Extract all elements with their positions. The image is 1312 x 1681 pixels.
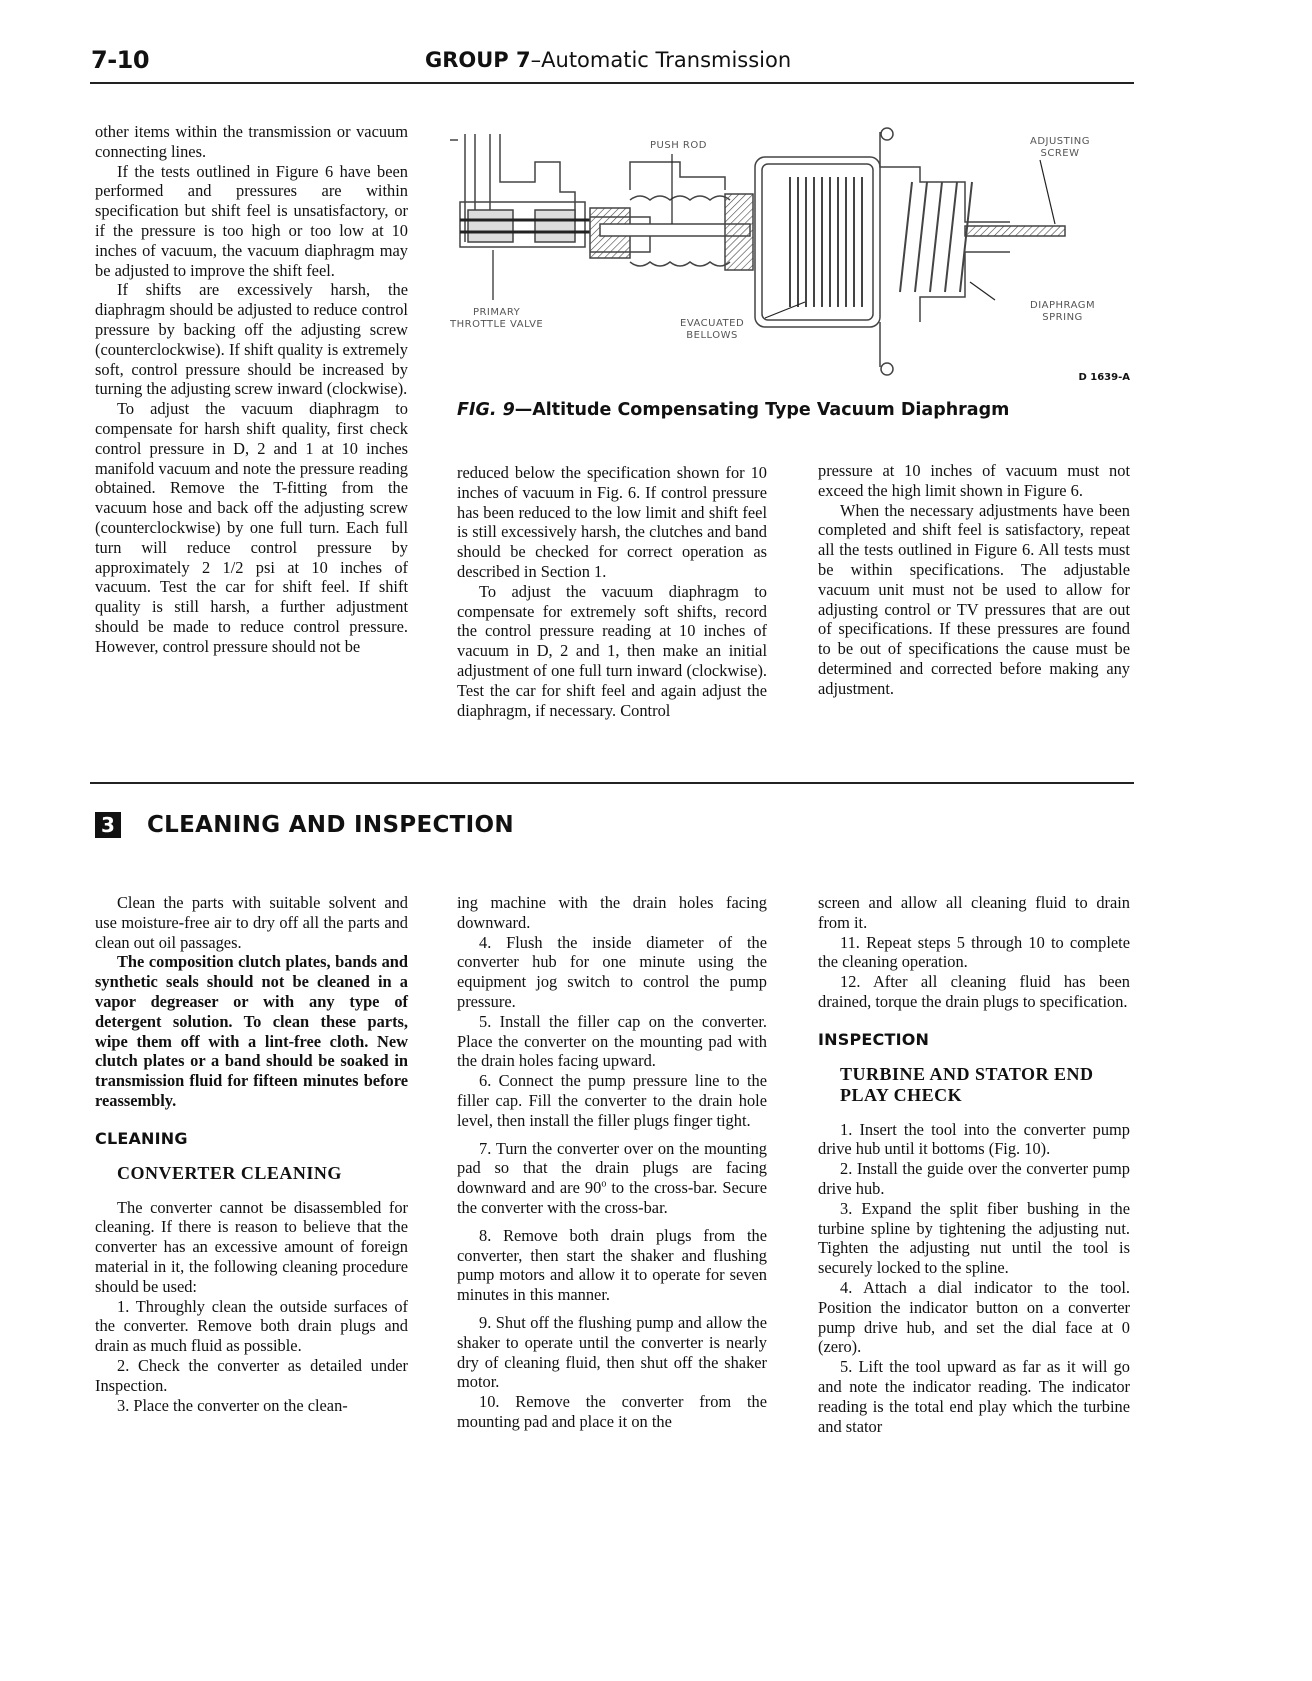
vacuum-diaphragm-illustration <box>450 122 1130 390</box>
subheading-converter-cleaning: CONVERTER CLEANING <box>117 1163 408 1184</box>
group-subject: –Automatic Transmission <box>531 48 792 72</box>
paragraph: pressure at 10 inches of vacuum must not… <box>818 461 1130 501</box>
running-head: GROUP 7–Automatic Transmission <box>425 48 791 72</box>
step: 7. Turn the converter over on the mounti… <box>457 1139 767 1218</box>
section-title: CLEANING AND INSPECTION <box>147 812 514 838</box>
step: 12. After all cleaning fluid has been dr… <box>818 972 1130 1012</box>
step: 1. Insert the tool into the converter pu… <box>818 1120 1130 1160</box>
paragraph: To adjust the vacuum diaphragm to compen… <box>95 399 408 656</box>
upper-column-3: pressure at 10 inches of vacuum must not… <box>818 461 1130 699</box>
step: 9. Shut off the flushing pump and allow … <box>457 1313 767 1392</box>
page-number: 7-10 <box>91 46 149 74</box>
label-primary-throttle-valve: PRIMARYTHROTTLE VALVE <box>450 307 543 331</box>
step: 2. Check the converter as detailed under… <box>95 1356 408 1396</box>
paragraph: ing machine with the drain holes facing … <box>457 893 767 933</box>
paragraph: other items within the transmission or v… <box>95 122 408 162</box>
step: 6. Connect the pump pressure line to the… <box>457 1071 767 1130</box>
paragraph: The converter cannot be disassembled for… <box>95 1198 408 1297</box>
figure-code: D 1639-A <box>1078 372 1130 383</box>
step: 4. Attach a dial indicator to the tool. … <box>818 1278 1130 1357</box>
paragraph: screen and allow all cleaning fluid to d… <box>818 893 1130 933</box>
group-label: GROUP 7 <box>425 48 531 72</box>
step: 3. Place the converter on the clean- <box>95 1396 408 1416</box>
step: 3. Expand the split fiber bushing in the… <box>818 1199 1130 1278</box>
figure-caption: FIG. 9—Altitude Compensating Type Vacuum… <box>457 400 1009 420</box>
lower-column-3: screen and allow all cleaning fluid to d… <box>818 893 1130 1436</box>
label-diaphragm-spring: DIAPHRAGMSPRING <box>1030 300 1095 324</box>
paragraph: When the necessary adjustments have been… <box>818 501 1130 699</box>
label-evacuated-bellows: EVACUATEDBELLOWS <box>680 318 744 342</box>
upper-column-1: other items within the transmission or v… <box>95 122 408 657</box>
header-divider <box>90 82 1134 84</box>
upper-column-2: reduced below the specification shown fo… <box>457 463 767 720</box>
step: 5. Install the filler cap on the convert… <box>457 1012 767 1071</box>
lower-column-1: Clean the parts with suitable solvent an… <box>95 893 408 1415</box>
paragraph: reduced below the specification shown fo… <box>457 463 767 582</box>
section-divider <box>90 782 1134 784</box>
paragraph: If the tests outlined in Figure 6 have b… <box>95 162 408 281</box>
subheading-inspection: INSPECTION <box>818 1030 1130 1050</box>
lower-column-2: ing machine with the drain holes facing … <box>457 893 767 1432</box>
step: 10. Remove the converter from the mounti… <box>457 1392 767 1432</box>
warning-paragraph: The composition clutch plates, bands and… <box>95 952 408 1110</box>
paragraph: If shifts are excessively harsh, the dia… <box>95 280 408 399</box>
step: 4. Flush the inside diameter of the conv… <box>457 933 767 1012</box>
subheading-turbine-stator: TURBINE AND STATOR END PLAY CHECK <box>840 1064 1130 1106</box>
step: 11. Repeat steps 5 through 10 to complet… <box>818 933 1130 973</box>
paragraph: Clean the parts with suitable solvent an… <box>95 893 408 952</box>
step: 5. Lift the tool upward as far as it wil… <box>818 1357 1130 1436</box>
label-push-rod: PUSH ROD <box>650 140 707 152</box>
step: 8. Remove both drain plugs from the conv… <box>457 1226 767 1305</box>
step: 1. Throughly clean the outside surfaces … <box>95 1297 408 1356</box>
section-heading: 3 CLEANING AND INSPECTION <box>95 812 514 838</box>
paragraph: To adjust the vacuum diaphragm to compen… <box>457 582 767 721</box>
step: 2. Install the guide over the converter … <box>818 1159 1130 1199</box>
section-number-badge: 3 <box>95 812 121 838</box>
figure-9-vacuum-diaphragm: PUSH ROD ADJUSTINGSCREW PRIMARYTHROTTLE … <box>450 122 1130 390</box>
subheading-cleaning: CLEANING <box>95 1129 408 1149</box>
label-adjusting-screw: ADJUSTINGSCREW <box>1030 136 1090 160</box>
